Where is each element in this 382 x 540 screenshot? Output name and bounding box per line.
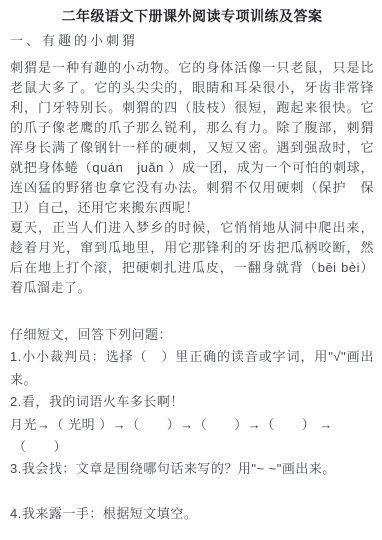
question-1: 1.小小裁判员：选择（ ）里正确的读音或字词，用"√"画出来。: [10, 346, 374, 391]
question-2-word-chain-line-1: 月光→（ 光明 ）→（ ）→（ ）→（ ） →: [10, 414, 374, 436]
question-4: 4.我来露一手：根据短文填空。: [10, 503, 374, 525]
page-title: 二年级语文下册课外阅读专项训练及答案: [10, 6, 374, 26]
document-page: 二年级语文下册课外阅读专项训练及答案 一、有趣的小刺猬 刺猬是一种有趣的小动物。…: [0, 0, 382, 540]
section-heading: 一、有趣的小刺猬: [10, 32, 374, 50]
questions-intro: 仔细短文，回答下列问题：: [10, 324, 374, 346]
passage-paragraph-1: 刺猬是一种有趣的小动物。它的身体活像一只老鼠，只是比老鼠大多了。它的头尖尖的，眼…: [10, 58, 374, 218]
question-3: 3.我会找：文章是围绕哪句话来写的？用"~ ~"画出来。: [10, 458, 374, 480]
question-2-word-chain-line-2: （ ）: [10, 436, 374, 458]
question-2: 2.看，我的词语火车多长啊！: [10, 391, 374, 413]
passage-paragraph-2: 夏天，正当人们进入梦乡的时候，它悄悄地从洞中爬出来，趁着月光，窜到瓜地里，用它那…: [10, 218, 374, 298]
